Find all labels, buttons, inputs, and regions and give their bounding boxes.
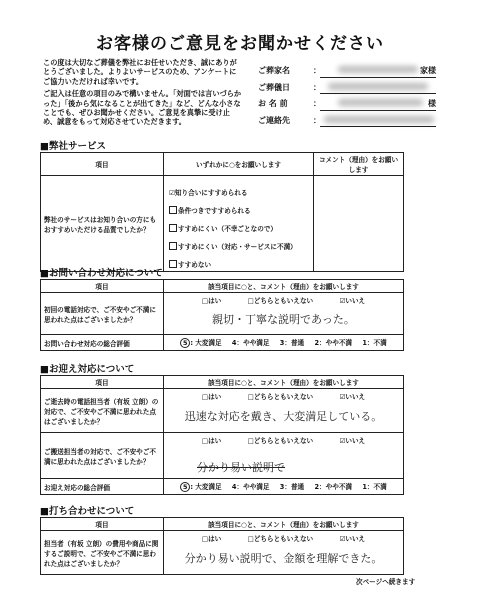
option-conditional[interactable]: 条件つきですすめられる — [169, 205, 310, 214]
next-page-note: 次ページへ続きます — [356, 576, 415, 586]
inquiry-table: 項目 該当項目に○と、コメント（理由）をお願いします 初回の電話対応で、ご不安や… — [40, 279, 404, 351]
question-text: 初回の電話対応で、ご不安やご不満に思われた点はございましたか？ — [41, 293, 164, 335]
yes-no-choices: □はい □どちらともいえない ☑いいえ — [167, 295, 400, 305]
checkbox-icon — [169, 242, 177, 250]
field-name[interactable]: お 名 前 ： 様 — [258, 95, 436, 112]
choice-no[interactable]: ☑いいえ — [339, 393, 365, 401]
option-label: すすめにくい（対応・サービスに不満） — [178, 243, 297, 251]
handwritten-comment[interactable]: 迅速な対応を戴き、大変満足している。 — [167, 408, 400, 424]
rating-label: お迎え対応の総合評価 — [41, 479, 164, 495]
column-header: 項目 — [41, 280, 164, 293]
redacted-value — [328, 83, 428, 90]
field-label: お 名 前 — [258, 98, 308, 109]
field-label: ご連絡先 — [258, 115, 308, 126]
option-not-recommend[interactable]: すすめない — [169, 259, 310, 268]
intro-paragraph-2: ご記入は任意の項目のみで構いません。「対面では言いづらかった」「後から気になるこ… — [43, 89, 243, 127]
yes-no-choices: □はい □どちらともいえない ☑いいえ — [167, 435, 400, 445]
field-underline — [320, 93, 436, 94]
choice-no[interactable]: ☑いいえ — [339, 437, 365, 445]
rating-option-3[interactable]: 3：普通 — [280, 483, 304, 491]
rating-option-3[interactable]: 3：普通 — [280, 339, 304, 347]
rating-selected-circle[interactable]: 5 — [180, 338, 190, 348]
column-header: 項目 — [41, 153, 164, 176]
checkbox-icon — [169, 260, 177, 268]
field-colon: ： — [313, 115, 321, 126]
option-recommend[interactable]: ☑知り合いにすすめられる — [169, 187, 310, 196]
yes-no-choices: □はい □どちらともいえない ☑いいえ — [167, 533, 400, 543]
column-header: コメント（理由）をお願いします — [314, 153, 404, 176]
question-text: ご搬送担当者の対応で、ご不安やご不満に思われた点はございましたか？ — [41, 433, 164, 479]
field-contact[interactable]: ご連絡先 ： — [258, 112, 436, 129]
yes-no-choices: □はい □どちらともいえない ☑いいえ — [167, 391, 400, 401]
option-label: 知り合いにすすめられる — [175, 189, 248, 197]
answer-cell: □はい □どちらともいえない ☑いいえ 分かり易い説明で — [164, 433, 404, 479]
meeting-table: 項目 該当項目に○と、コメント（理由）をお願いします 担当者（有坂 立朗）の費用… — [40, 517, 404, 575]
rating-label: お問い合わせ対応の総合評価 — [41, 335, 164, 351]
redacted-value — [338, 99, 423, 106]
service-table: 項目 いずれかに○をお願いします コメント（理由）をお願いします 弊社のサービス… — [40, 152, 404, 272]
field-colon: ： — [313, 98, 321, 109]
column-header: 項目 — [41, 376, 164, 389]
choice-neither[interactable]: □どちらともいえない — [248, 437, 314, 445]
question-text: 弊社のサービスはお知り合いの方にもおすすめいただける品質でしたか？ — [41, 176, 164, 272]
checkbox-icon — [169, 224, 177, 232]
rating-option-4[interactable]: 4：やや満足 — [232, 339, 270, 347]
field-family-name[interactable]: ご葬家名 ： 家様 — [258, 62, 436, 79]
section-heading-inquiry: ■お問い合わせ対応について — [40, 265, 163, 279]
handwritten-comment[interactable]: 親切・丁寧な説明であった。 — [167, 311, 400, 327]
field-label: ご葬儀日 — [258, 82, 308, 93]
column-header: 該当項目に○と、コメント（理由）をお願いします — [164, 518, 404, 531]
intro-text: この度は大切なご葬儀を弊社にお任せいただき、誠にありがとうございました。よりよい… — [43, 58, 243, 130]
choice-neither[interactable]: □どちらともいえない — [248, 393, 314, 401]
column-header: 該当項目に○と、コメント（理由）をお願いします — [164, 280, 404, 293]
intro-paragraph-1: この度は大切なご葬儀を弊社にお任せいただき、誠にありがとうございました。よりよい… — [43, 58, 243, 86]
field-underline — [320, 77, 436, 78]
answer-cell: □はい □どちらともいえない ☑いいえ 分かり易い説明で、金額を理解できた。 — [164, 531, 404, 575]
rating-option-1[interactable]: 1：不満 — [362, 483, 386, 491]
field-label: ご葬家名 — [258, 65, 308, 76]
choice-no[interactable]: ☑いいえ — [339, 535, 365, 543]
field-suffix: 家様 — [420, 65, 436, 76]
rating-option-2[interactable]: 2：やや不満 — [314, 339, 352, 347]
rating-option-5[interactable]: : 大変満足 — [190, 483, 221, 491]
options-cell: ☑知り合いにすすめられる 条件つきですすめられる すすめにくい（不幸ごとなので）… — [164, 176, 314, 272]
choice-yes[interactable]: □はい — [202, 535, 221, 543]
rating-option-2[interactable]: 2：やや不満 — [314, 483, 352, 491]
field-underline — [320, 110, 436, 111]
field-colon: ： — [313, 82, 321, 93]
checkbox-icon — [169, 206, 177, 214]
rating-scale: 5: 大変満足 4：やや満足 3：普通 2：やや不満 1：不満 — [164, 335, 404, 351]
option-label: すすめにくい（不幸ごとなので） — [178, 225, 277, 233]
option-label: すすめない — [178, 261, 211, 269]
field-suffix: 様 — [428, 98, 436, 109]
choice-yes[interactable]: □はい — [202, 437, 221, 445]
choice-yes[interactable]: □はい — [202, 393, 221, 401]
choice-no[interactable]: ☑いいえ — [339, 297, 365, 305]
question-text: 担当者（有坂 立朗）の費用や商品に関するご説明で、ご不安やご不満に思われた点はご… — [41, 531, 164, 575]
section-heading-service: ■弊社サービス — [40, 138, 106, 152]
question-text: ご逝去時の電話担当者（有坂 立朗）の対応で、ご不安やご不満に思われた点はございま… — [41, 389, 164, 433]
field-colon: ： — [313, 65, 321, 76]
choice-neither[interactable]: □どちらともいえない — [248, 297, 314, 305]
option-hard-misfortune[interactable]: すすめにくい（不幸ごとなので） — [169, 223, 310, 232]
rating-selected-circle[interactable]: 5 — [180, 482, 190, 492]
option-hard-dissatisfied[interactable]: すすめにくい（対応・サービスに不満） — [169, 241, 310, 250]
section-heading-meeting: ■打ち合わせについて — [40, 503, 134, 517]
choice-yes[interactable]: □はい — [202, 297, 221, 305]
field-funeral-date[interactable]: ご葬儀日 ： — [258, 79, 436, 96]
rating-option-1[interactable]: 1：不満 — [362, 339, 386, 347]
redacted-value — [338, 66, 418, 73]
customer-info-fields: ご葬家名 ： 家様 ご葬儀日 ： お 名 前 ： 様 ご連絡先 ： — [258, 62, 436, 128]
page-title: お客様のご意見をお聞かせください — [0, 29, 480, 54]
choice-neither[interactable]: □どちらともいえない — [248, 535, 314, 543]
redacted-value — [324, 116, 434, 123]
answer-cell: □はい □どちらともいえない ☑いいえ 親切・丁寧な説明であった。 — [164, 293, 404, 335]
column-header: 項目 — [41, 518, 164, 531]
answer-cell: □はい □どちらともいえない ☑いいえ 迅速な対応を戴き、大変満足している。 — [164, 389, 404, 433]
section-heading-pickup: ■お迎え対応について — [40, 361, 134, 375]
rating-scale: 5: 大変満足 4：やや満足 3：普通 2：やや不満 1：不満 — [164, 479, 404, 495]
rating-option-5[interactable]: : 大変満足 — [190, 339, 221, 347]
pickup-table: 項目 該当項目に○と、コメント（理由）をお願いします ご逝去時の電話担当者（有坂… — [40, 375, 404, 495]
comment-cell[interactable] — [314, 176, 404, 272]
column-header: 該当項目に○と、コメント（理由）をお願いします — [164, 376, 404, 389]
struck-through-comment[interactable]: 分かり易い説明で — [167, 459, 400, 475]
field-underline — [320, 126, 436, 127]
rating-option-4[interactable]: 4：やや満足 — [232, 483, 270, 491]
handwritten-comment[interactable]: 分かり易い説明で、金額を理解できた。 — [167, 550, 400, 566]
column-header: いずれかに○をお願いします — [164, 153, 314, 176]
option-label: 条件つきですすめられる — [178, 207, 251, 215]
